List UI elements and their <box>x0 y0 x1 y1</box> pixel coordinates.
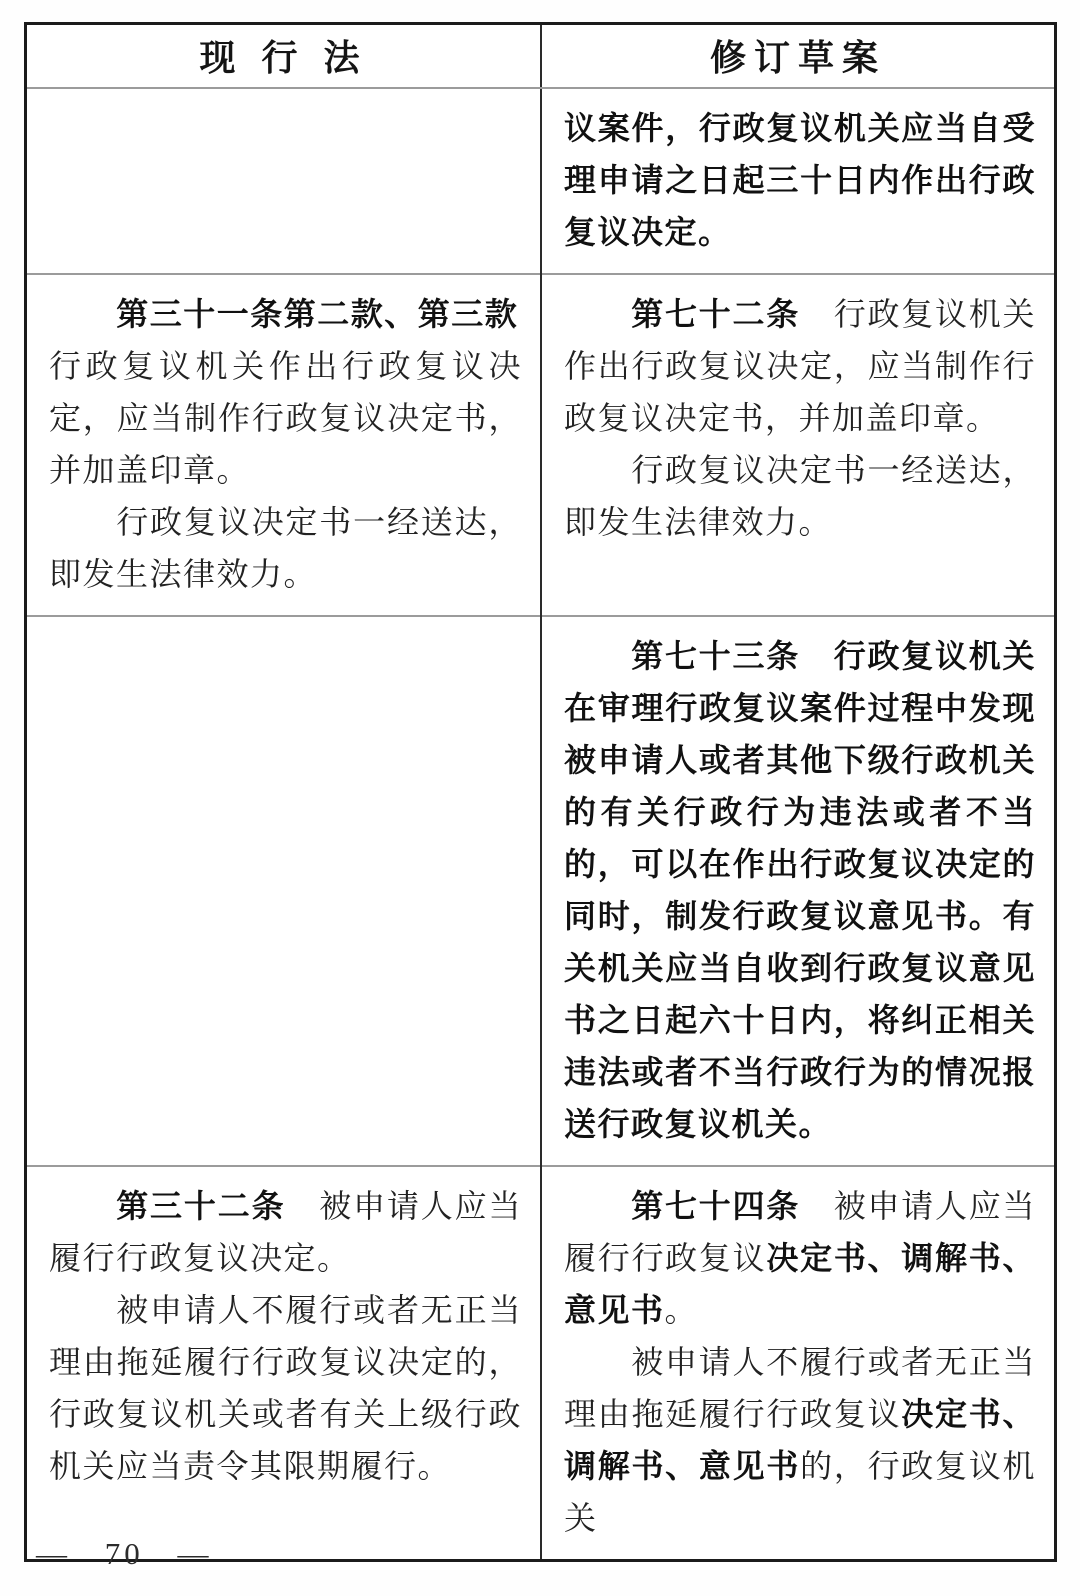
document-page: 现 行 法 修订草案 议案件，行政复议机关应当自受理申请之日起三十日内作出行政复… <box>0 0 1080 1596</box>
paragraph: 被申请人不履行或者无正当理由拖延履行行政复议决定书、调解书、意见书的，行政复议机… <box>564 1336 1036 1544</box>
paragraph: 第七十三条 行政复议机关在审理行政复议案件过程中发现被申请人或者其他下级行政机关… <box>564 630 1036 1150</box>
header-revised-draft: 修订草案 <box>541 24 1056 88</box>
bold-text-run: 第七十四条 <box>631 1188 800 1224</box>
regular-text-run: 行政复议决定书一经送达，即发生法律效力。 <box>564 452 1036 540</box>
table-row: 第三十二条 被申请人应当履行行政复议决定。被申请人不履行或者无正当理由拖延履行行… <box>26 1166 1056 1561</box>
table-row: 议案件，行政复议机关应当自受理申请之日起三十日内作出行政复议决定。 <box>26 88 1056 274</box>
page-number: — 70 — <box>36 1536 213 1572</box>
bold-text-run: 第七十三条 行政复议机关在审理行政复议案件过程中发现被申请人或者其他下级行政机关… <box>564 638 1036 1142</box>
table-row: 第三十一条第二款、第三款 行政复议机关作出行政复议决定，应当制作行政复议决定书，… <box>26 274 1056 616</box>
current-law-cell: 第三十二条 被申请人应当履行行政复议决定。被申请人不履行或者无正当理由拖延履行行… <box>26 1166 542 1561</box>
paragraph: 第三十二条 被申请人应当履行行政复议决定。 <box>49 1180 522 1284</box>
revised-draft-cell: 议案件，行政复议机关应当自受理申请之日起三十日内作出行政复议决定。 <box>541 88 1056 274</box>
revised-draft-cell: 第七十二条 行政复议机关作出行政复议决定，应当制作行政复议决定书，并加盖印章。行… <box>541 274 1056 616</box>
paragraph: 第三十一条第二款、第三款 行政复议机关作出行政复议决定，应当制作行政复议决定书，… <box>49 288 522 496</box>
bold-text-run: 第三十二条 <box>116 1188 285 1224</box>
header-current-law: 现 行 法 <box>26 24 542 88</box>
paragraph: 行政复议决定书一经送达，即发生法律效力。 <box>49 496 522 600</box>
regular-text-run: 被申请人不履行或者无正当理由拖延履行行政复议决定的，行政复议机关或者有关上级行政… <box>49 1292 522 1484</box>
paragraph: 第七十二条 行政复议机关作出行政复议决定，应当制作行政复议决定书，并加盖印章。 <box>564 288 1036 444</box>
table-body: 议案件，行政复议机关应当自受理申请之日起三十日内作出行政复议决定。第三十一条第二… <box>26 88 1056 1561</box>
revised-draft-cell: 第七十四条 被申请人应当履行行政复议决定书、调解书、意见书。被申请人不履行或者无… <box>541 1166 1056 1561</box>
bold-text-run: 第七十二条 <box>631 296 800 332</box>
paragraph: 被申请人不履行或者无正当理由拖延履行行政复议决定的，行政复议机关或者有关上级行政… <box>49 1284 522 1492</box>
bold-text-run: 第三十一条第二款、第三款 <box>116 296 518 332</box>
revised-draft-cell: 第七十三条 行政复议机关在审理行政复议案件过程中发现被申请人或者其他下级行政机关… <box>541 616 1056 1166</box>
law-comparison-table: 现 行 法 修订草案 议案件，行政复议机关应当自受理申请之日起三十日内作出行政复… <box>24 22 1057 1562</box>
current-law-cell: 第三十一条第二款、第三款 行政复议机关作出行政复议决定，应当制作行政复议决定书，… <box>26 274 542 616</box>
current-law-cell <box>26 88 542 274</box>
paragraph: 议案件，行政复议机关应当自受理申请之日起三十日内作出行政复议决定。 <box>564 102 1036 258</box>
regular-text-run: 。 <box>665 1292 699 1328</box>
paragraph: 第七十四条 被申请人应当履行行政复议决定书、调解书、意见书。 <box>564 1180 1036 1336</box>
table-row: 第七十三条 行政复议机关在审理行政复议案件过程中发现被申请人或者其他下级行政机关… <box>26 616 1056 1166</box>
paragraph: 行政复议决定书一经送达，即发生法律效力。 <box>564 444 1036 548</box>
table-header-row: 现 行 法 修订草案 <box>26 24 1056 88</box>
regular-text-run: 行政复议决定书一经送达，即发生法律效力。 <box>49 504 522 592</box>
bold-text-run: 议案件，行政复议机关应当自受理申请之日起三十日内作出行政复议决定。 <box>564 110 1036 250</box>
current-law-cell <box>26 616 542 1166</box>
